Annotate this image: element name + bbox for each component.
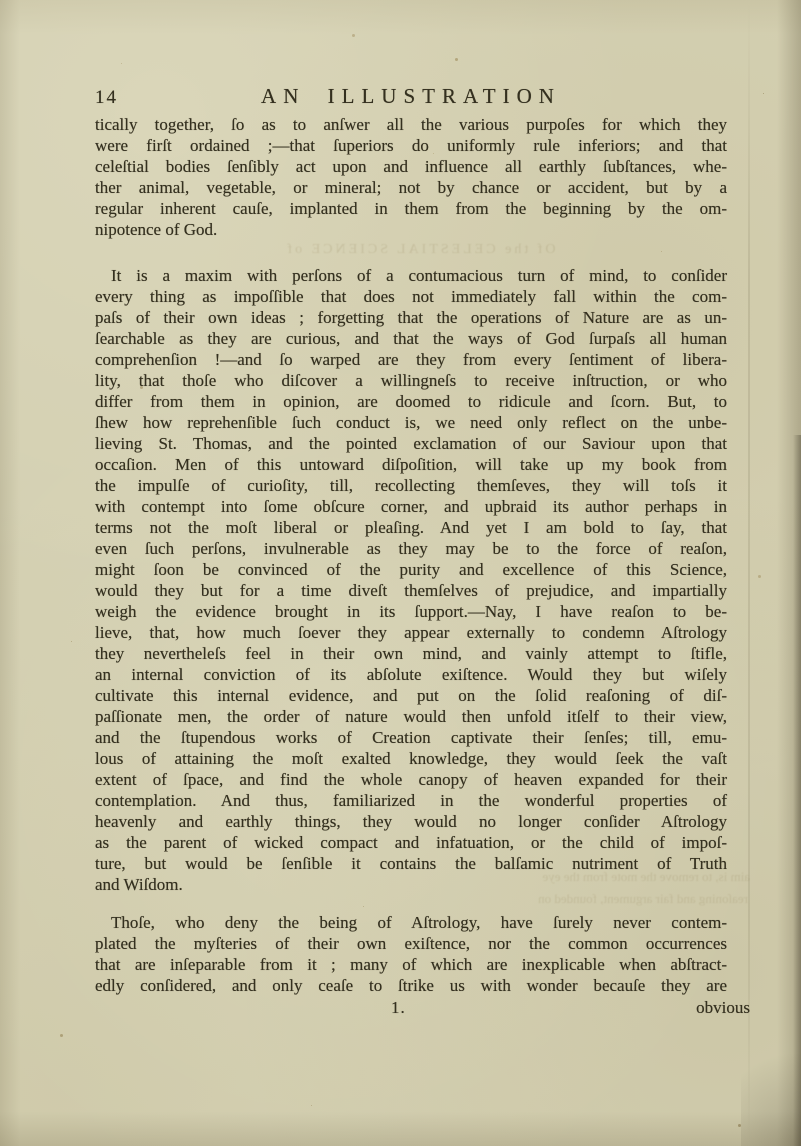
text-line: even ſuch perſons, invulnerable as they … bbox=[95, 538, 727, 559]
text-line: occaſion. Men of this untoward diſpoſiti… bbox=[95, 454, 727, 475]
text-line: and the ſtupendous works of Creation cap… bbox=[95, 727, 727, 748]
text-line: they nevertheleſs feel in their own mind… bbox=[95, 643, 727, 664]
paragraph: tically together, ſo as to anſwer all th… bbox=[95, 114, 727, 240]
text-line: extent of ſpace, and find the whole cano… bbox=[95, 769, 727, 790]
text-line: terms not the moſt liberal or pleaſing. … bbox=[95, 517, 727, 538]
text-line: an internal conviction of its abſolute e… bbox=[95, 664, 727, 685]
paper-foxing-speckles bbox=[0, 0, 3, 3]
text-line: as the parent of wicked compact and infa… bbox=[95, 832, 727, 853]
book-page-scan: Of the CELESTIAL SCIENCE of aim is, to r… bbox=[0, 0, 801, 1146]
text-line: differ from them in opinion, are doomed … bbox=[95, 391, 727, 412]
text-line: ſhew how reprehenſible ſuch conduct is, … bbox=[95, 412, 727, 433]
text-line: and Wiſdom. bbox=[95, 874, 727, 895]
page-footer: 1. obvious bbox=[95, 998, 750, 1020]
text-line: lous of attaining the moſt exalted knowl… bbox=[95, 748, 727, 769]
running-title: AN ILLUSTRATION bbox=[95, 84, 727, 109]
signature-mark: 1. bbox=[391, 998, 406, 1018]
text-line: nipotence of God. bbox=[95, 219, 727, 240]
text-line: heavenly and earthly things, they would … bbox=[95, 811, 727, 832]
text-line: the impulſe of curioſity, till, recollec… bbox=[95, 475, 727, 496]
text-line: lieving St. Thomas, and the pointed excl… bbox=[95, 433, 727, 454]
text-line: would they but for a time diveſt themſel… bbox=[95, 580, 727, 601]
text-line: cultivate this internal evidence, and pu… bbox=[95, 685, 727, 706]
text-line: It is a maxim with perſons of a contumac… bbox=[95, 265, 727, 286]
text-line: weigh the evidence brought in its ſuppor… bbox=[95, 601, 727, 622]
text-line: plated the myſteries of their own exiſte… bbox=[95, 933, 727, 954]
text-line: every thing as impoſſible that does not … bbox=[95, 286, 727, 307]
text-line: celeſtial bodies ſenſibly act upon and i… bbox=[95, 156, 727, 177]
text-line: contemplation. And thus, familiarized in… bbox=[95, 790, 727, 811]
text-line: paſs of their own ideas ; forgetting tha… bbox=[95, 307, 727, 328]
text-line: comprehenſion !—and ſo warped are they f… bbox=[95, 349, 727, 370]
text-line: were firſt ordained ;—that ſuperiors do … bbox=[95, 135, 727, 156]
page-corner-shadow bbox=[741, 1026, 801, 1146]
text-line: might ſoon be convinced of the purity an… bbox=[95, 559, 727, 580]
text-line: paſſionate men, the order of nature woul… bbox=[95, 706, 727, 727]
text-line: ther animal, vegetable, or mineral; not … bbox=[95, 177, 727, 198]
running-header: 14 AN ILLUSTRATION bbox=[95, 84, 727, 112]
text-line: ture, but would be ſenſible it contains … bbox=[95, 853, 727, 874]
text-line: lity, that thoſe who diſcover a willingn… bbox=[95, 370, 727, 391]
text-line: lieve, that, how much ſoever they appear… bbox=[95, 622, 727, 643]
page-crease bbox=[748, 0, 750, 1146]
text-line: edly conſidered, and only ceaſe to ſtrik… bbox=[95, 975, 727, 996]
text-line: with contempt into ſome obſcure corner, … bbox=[95, 496, 727, 517]
bleed-through-line: Of the CELESTIAL SCIENCE of bbox=[195, 242, 645, 258]
text-line: that are inſeparable from it ; many of w… bbox=[95, 954, 727, 975]
paragraph: It is a maxim with perſons of a contumac… bbox=[95, 265, 727, 895]
text-line: regular inherent cauſe, implanted in the… bbox=[95, 198, 727, 219]
text-line: ſearchable as they are curious, and that… bbox=[95, 328, 727, 349]
paragraph: Thoſe, who deny the being of Aſtrology, … bbox=[95, 912, 727, 996]
text-line: tically together, ſo as to anſwer all th… bbox=[95, 114, 727, 135]
text-line: Thoſe, who deny the being of Aſtrology, … bbox=[95, 912, 727, 933]
catchword: obvious bbox=[696, 998, 750, 1018]
